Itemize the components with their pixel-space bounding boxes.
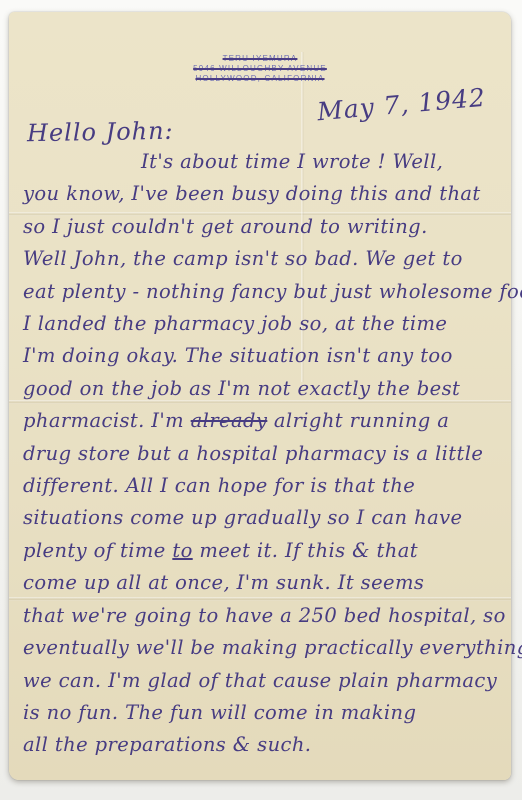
letter-text: you know, I've been busy doing this and …: [23, 182, 481, 205]
underlined-word: to: [172, 539, 192, 562]
letter-line: eat plenty - nothing fancy but just whol…: [23, 276, 501, 308]
letter-text: is no fun. The fun will come in making: [23, 701, 416, 724]
letter-greeting: Hello John:: [27, 117, 174, 148]
letter-line: situations come up gradually so I can ha…: [23, 502, 501, 534]
letter-line: I landed the pharmacy job so, at the tim…: [23, 308, 501, 340]
letter-text: different. All I can hope for is that th…: [23, 474, 415, 497]
letter-line: drug store but a hospital pharmacy is a …: [23, 438, 501, 470]
letterhead-address: 5946 WILLOUGHBY AVENUE: [9, 64, 511, 73]
letter-text: plenty of time: [23, 539, 172, 562]
letter-line: eventually we'll be making practically e…: [23, 632, 501, 664]
letter-line: good on the job as I'm not exactly the b…: [23, 373, 501, 405]
letter-text: eventually we'll be making practically e…: [23, 636, 522, 659]
letter-text: pharmacist. I'm: [23, 409, 191, 432]
letter-line: so I just couldn't get around to writing…: [23, 211, 501, 243]
letter-line: It's about time I wrote ! Well,: [23, 146, 501, 178]
letter-line: pharmacist. I'm already alright running …: [23, 405, 501, 437]
struck-word: already: [191, 409, 268, 432]
letter-text: we can. I'm glad of that cause plain pha…: [23, 669, 497, 692]
letter-text: so I just couldn't get around to writing…: [23, 215, 428, 238]
letter-line: plenty of time to meet it. If this & tha…: [23, 535, 501, 567]
letter-text: all the preparations & such.: [23, 733, 311, 756]
letter-line: all the preparations & such.: [23, 729, 501, 761]
letter-line: that we're going to have a 250 bed hospi…: [23, 600, 501, 632]
letterhead-city: HOLLYWOOD, CALIFORNIA: [9, 74, 511, 83]
letter-text: situations come up gradually so I can ha…: [23, 506, 462, 529]
letter-text: good on the job as I'm not exactly the b…: [23, 377, 460, 400]
letter-line: is no fun. The fun will come in making: [23, 697, 501, 729]
letter-photo: TERU IYEMURA 5946 WILLOUGHBY AVENUE HOLL…: [0, 0, 522, 800]
letter-text: I'm doing okay. The situation isn't any …: [23, 344, 453, 367]
letter-line: you know, I've been busy doing this and …: [23, 178, 501, 210]
letter-text: Well John, the camp isn't so bad. We get…: [23, 247, 463, 270]
letter-text: that we're going to have a 250 bed hospi…: [23, 604, 506, 627]
letter-text: It's about time I wrote ! Well,: [141, 150, 443, 173]
letter-date: May 7, 1942: [316, 83, 487, 127]
letter-body: It's about time I wrote ! Well,you know,…: [23, 146, 501, 762]
letter-text: alright running a: [267, 409, 449, 432]
letter-line: I'm doing okay. The situation isn't any …: [23, 340, 501, 372]
letter-line: different. All I can hope for is that th…: [23, 470, 501, 502]
letterhead-name: TERU IYEMURA: [9, 54, 511, 63]
letter-line: we can. I'm glad of that cause plain pha…: [23, 665, 501, 697]
letter-text: drug store but a hospital pharmacy is a …: [23, 442, 483, 465]
letter-line: Well John, the camp isn't so bad. We get…: [23, 243, 501, 275]
letter-text: come up all at once, I'm sunk. It seems: [23, 571, 424, 594]
letter-text: meet it. If this & that: [193, 539, 418, 562]
letter-text: eat plenty - nothing fancy but just whol…: [23, 280, 522, 303]
letterhead: TERU IYEMURA 5946 WILLOUGHBY AVENUE HOLL…: [9, 54, 511, 84]
letter-paper: TERU IYEMURA 5946 WILLOUGHBY AVENUE HOLL…: [9, 12, 511, 780]
letter-line: come up all at once, I'm sunk. It seems: [23, 567, 501, 599]
letter-text: I landed the pharmacy job so, at the tim…: [23, 312, 447, 335]
